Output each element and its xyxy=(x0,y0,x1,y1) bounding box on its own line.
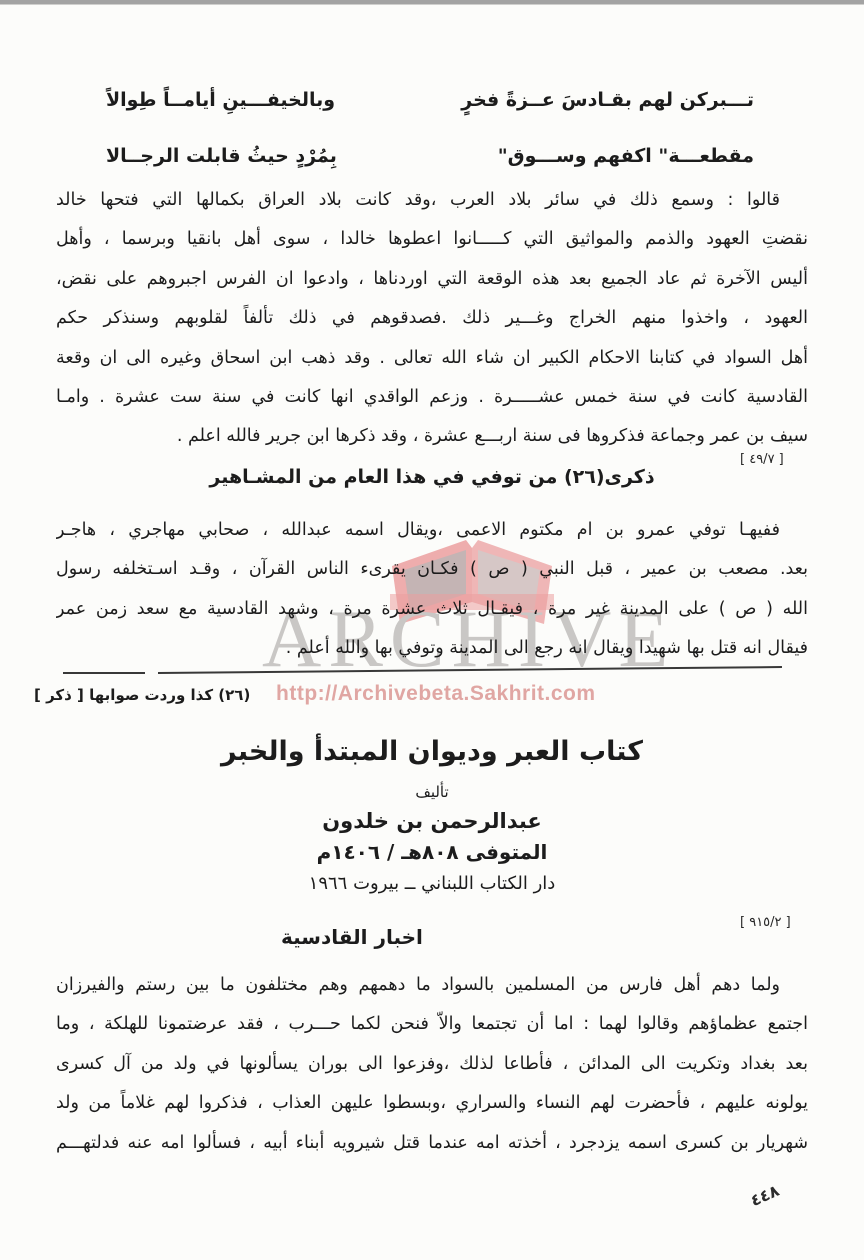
book-title: كتاب العبر وديوان المبتدأ والخبر xyxy=(0,736,864,768)
footnote-text-inner: (٢٦) كذا وردت صوابها [ ذكر ] xyxy=(34,686,250,704)
text-line: القادسية كانت في سنة خمس عشـــــرة . وزع… xyxy=(56,378,808,417)
scanned-book-page: ARCHIVE http://Archivebeta.Sakhrit.com ت… xyxy=(0,0,864,1260)
text-line: بعد. مصعب بن عمير ، قبل النبي ( ص ) فكـا… xyxy=(56,550,808,589)
footnote-rule-short xyxy=(63,672,145,674)
text-line: الله ( ص ) على المدينة غير مرة ، فيقـال … xyxy=(56,590,808,629)
footnote-text: (٢٦) كذا وردت صوابها [ ذكر ] xyxy=(34,686,830,704)
text-line: العهود ، واخذوا منهم الخراج وغـــير ذلك … xyxy=(56,299,808,338)
text-line: شهريار بن كسرى اسمه يزدجرد ، أخذته امه ع… xyxy=(56,1124,808,1163)
text-line: ففيهـا توفي عمرو بن ام مكتوم الاعمى ،ويق… xyxy=(56,511,808,550)
text-line: اجتمع عظماؤهم وقالوا لهما : اما أن تجتمع… xyxy=(56,1005,808,1044)
text-line: أليس الآخرة ثم عاد الجميع بعد هذه الوقعة… xyxy=(56,260,808,299)
hemistich-first: مقطعـــة" اكفهم وســـوق" xyxy=(498,145,754,167)
book-by-label: تأليف xyxy=(0,783,864,801)
text-line: نقضتِ العهود والذمم والمواثيق التي كــــ… xyxy=(56,220,808,259)
margin-volume-page-ref-1: [ ٤٩/٧ ] xyxy=(740,452,784,467)
paragraph-qadisiyya-news: ولما دهم أهل فارس من المسلمين بالسواد ما… xyxy=(56,966,808,1163)
page-number: ٤٤٨ xyxy=(747,1181,781,1210)
text-line: بعد بغداد وتكريت الى المدائن ، فأطاعا لذ… xyxy=(56,1045,808,1084)
obituary-section-heading: ذكرى(٢٦) من توفي في هذا العام من المشـاه… xyxy=(0,466,864,488)
book-title-block: كتاب العبر وديوان المبتدأ والخبر تأليف ع… xyxy=(0,736,864,894)
text-line: فيقال انه قتل بها شهيدا ويقال انه رجع ال… xyxy=(56,629,808,668)
book-publisher: دار الكتاب اللبناني ــ بيروت ١٩٦٦ xyxy=(0,873,864,894)
text-line: سيف بن عمر وجماعة فذكروها فى سنة اربـــع… xyxy=(56,417,808,456)
book-author: عبدالرحمن بن خلدون xyxy=(0,809,864,833)
text-line: أهل السواد في كتابنا الاحكام الكبير ان ش… xyxy=(56,339,808,378)
hemistich-second: وبالخيفـــينِ أيامــاً طِوالاً xyxy=(106,89,335,111)
book-author-death-dates: المتوفى ٨٠٨هـ / ١٤٠٦م xyxy=(0,840,864,864)
qadisiyya-section-heading: اخبار القادسية xyxy=(281,925,423,949)
hemistich-first: تـــبركن لهم بقـادسَ عــزةً فخرٍ xyxy=(461,89,754,111)
poem-couplet: تـــبركن لهم بقـادسَ عــزةً فخرٍوبالخيفـ… xyxy=(106,72,754,184)
text-line: يولونه عليهم ، فأحضرت لهم النساء والسرار… xyxy=(56,1084,808,1123)
paragraph-obituary: ففيهـا توفي عمرو بن ام مكتوم الاعمى ،ويق… xyxy=(56,511,808,669)
paragraph-qadisiyya-aftermath: قالوا : وسمع ذلك في سائر بلاد العرب ،وقد… xyxy=(56,181,808,457)
verse-row: تـــبركن لهم بقـادسَ عــزةً فخرٍوبالخيفـ… xyxy=(106,72,754,128)
text-line: قالوا : وسمع ذلك في سائر بلاد العرب ،وقد… xyxy=(56,181,808,220)
text-line: ولما دهم أهل فارس من المسلمين بالسواد ما… xyxy=(56,966,808,1005)
verse-row: مقطعـــة" اكفهم وســـوق"بِمُرْدٍ حيثُ قا… xyxy=(106,128,754,184)
margin-volume-page-ref-2: [ ٩١٥/٢ ] xyxy=(740,915,791,930)
scan-edge-shadow xyxy=(0,4,864,5)
hemistich-second: بِمُرْدٍ حيثُ قابلت الرجــالا xyxy=(106,145,337,167)
